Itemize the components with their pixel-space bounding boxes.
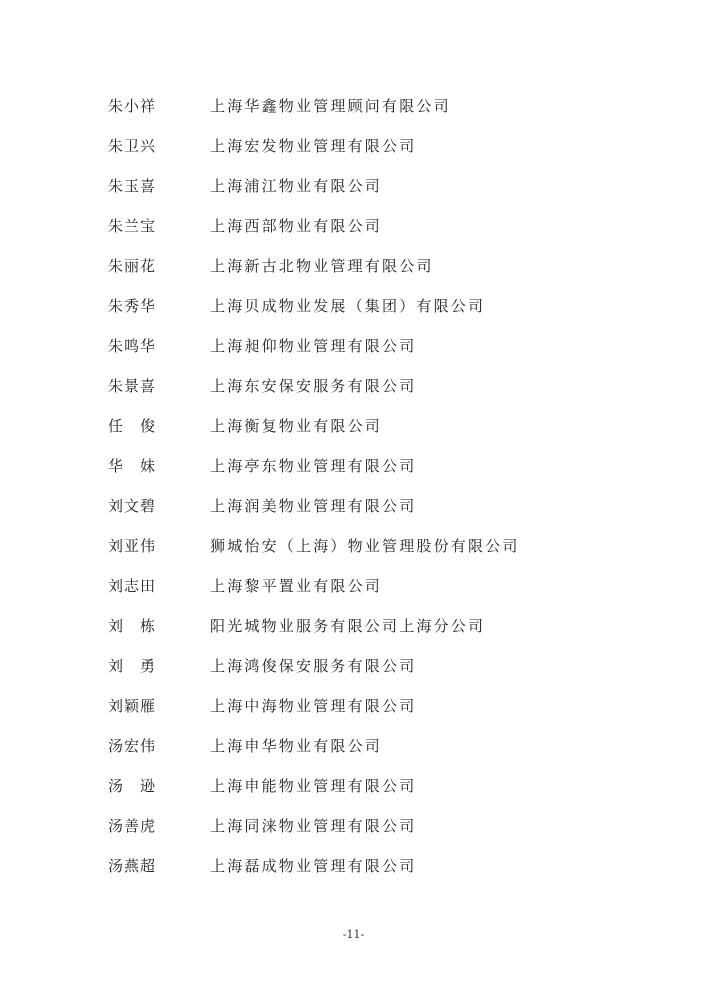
list-item: 汤善虎上海同涞物业管理有限公司 xyxy=(0,814,707,838)
list-item: 刘 栋阳光城物业服务有限公司上海分公司 xyxy=(0,614,707,638)
list-item: 朱卫兴上海宏发物业管理有限公司 xyxy=(0,134,707,158)
company-name: 上海申华物业有限公司 xyxy=(210,734,382,758)
company-name: 上海鸿俊保安服务有限公司 xyxy=(210,654,416,678)
person-name: 刘颖雁 xyxy=(108,694,156,718)
company-name: 上海东安保安服务有限公司 xyxy=(210,374,416,398)
person-name: 汤宏伟 xyxy=(108,734,156,758)
person-name: 朱兰宝 xyxy=(108,214,156,238)
list-item: 朱秀华上海贝成物业发展（集团）有限公司 xyxy=(0,294,707,318)
page-number: -11- xyxy=(0,928,707,941)
person-name: 朱丽花 xyxy=(108,254,156,278)
person-name: 朱景喜 xyxy=(108,374,156,398)
company-name: 上海贝成物业发展（集团）有限公司 xyxy=(210,294,485,318)
company-name: 上海新古北物业管理有限公司 xyxy=(210,254,434,278)
person-name: 刘文碧 xyxy=(108,494,156,518)
list-item: 汤宏伟上海申华物业有限公司 xyxy=(0,734,707,758)
person-name: 朱玉喜 xyxy=(108,174,156,198)
person-name: 朱秀华 xyxy=(108,294,156,318)
company-name: 上海亭东物业管理有限公司 xyxy=(210,454,416,478)
company-name: 上海同涞物业管理有限公司 xyxy=(210,814,416,838)
person-name: 朱卫兴 xyxy=(108,134,156,158)
list-item: 刘文碧上海润美物业管理有限公司 xyxy=(0,494,707,518)
company-name: 上海衡复物业有限公司 xyxy=(210,414,382,438)
person-name: 朱小祥 xyxy=(108,94,156,118)
person-name: 华 妹 xyxy=(108,454,156,478)
list-item: 朱丽花上海新古北物业管理有限公司 xyxy=(0,254,707,278)
company-name: 上海中海物业管理有限公司 xyxy=(210,694,416,718)
list-item: 刘志田上海黎平置业有限公司 xyxy=(0,574,707,598)
company-name: 上海宏发物业管理有限公司 xyxy=(210,134,416,158)
list-item: 刘亚伟狮城怡安（上海）物业管理股份有限公司 xyxy=(0,534,707,558)
list-item: 朱小祥上海华鑫物业管理顾问有限公司 xyxy=(0,94,707,118)
person-name: 刘志田 xyxy=(108,574,156,598)
list-item: 汤燕超上海磊成物业管理有限公司 xyxy=(0,854,707,878)
company-name: 上海润美物业管理有限公司 xyxy=(210,494,416,518)
company-name: 上海西部物业有限公司 xyxy=(210,214,382,238)
list-item: 汤 逊上海申能物业管理有限公司 xyxy=(0,774,707,798)
list-item: 刘 勇上海鸿俊保安服务有限公司 xyxy=(0,654,707,678)
list-item: 朱鸣华上海昶仰物业管理有限公司 xyxy=(0,334,707,358)
company-name: 狮城怡安（上海）物业管理股份有限公司 xyxy=(210,534,520,558)
list-item: 刘颖雁上海中海物业管理有限公司 xyxy=(0,694,707,718)
person-name: 汤 逊 xyxy=(108,774,156,798)
company-name: 上海磊成物业管理有限公司 xyxy=(210,854,416,878)
list-item: 朱玉喜上海浦江物业有限公司 xyxy=(0,174,707,198)
person-name: 刘 勇 xyxy=(108,654,156,678)
person-name: 朱鸣华 xyxy=(108,334,156,358)
person-name: 汤善虎 xyxy=(108,814,156,838)
person-name: 汤燕超 xyxy=(108,854,156,878)
person-name: 刘 栋 xyxy=(108,614,156,638)
list-item: 华 妹上海亭东物业管理有限公司 xyxy=(0,454,707,478)
list-item: 朱景喜上海东安保安服务有限公司 xyxy=(0,374,707,398)
company-name: 上海昶仰物业管理有限公司 xyxy=(210,334,416,358)
list-item: 任 俊上海衡复物业有限公司 xyxy=(0,414,707,438)
list-item: 朱兰宝上海西部物业有限公司 xyxy=(0,214,707,238)
company-name: 上海申能物业管理有限公司 xyxy=(210,774,416,798)
company-name: 上海浦江物业有限公司 xyxy=(210,174,382,198)
person-name: 任 俊 xyxy=(108,414,156,438)
person-name: 刘亚伟 xyxy=(108,534,156,558)
company-name: 上海华鑫物业管理顾问有限公司 xyxy=(210,94,451,118)
company-name: 阳光城物业服务有限公司上海分公司 xyxy=(210,614,485,638)
company-name: 上海黎平置业有限公司 xyxy=(210,574,382,598)
